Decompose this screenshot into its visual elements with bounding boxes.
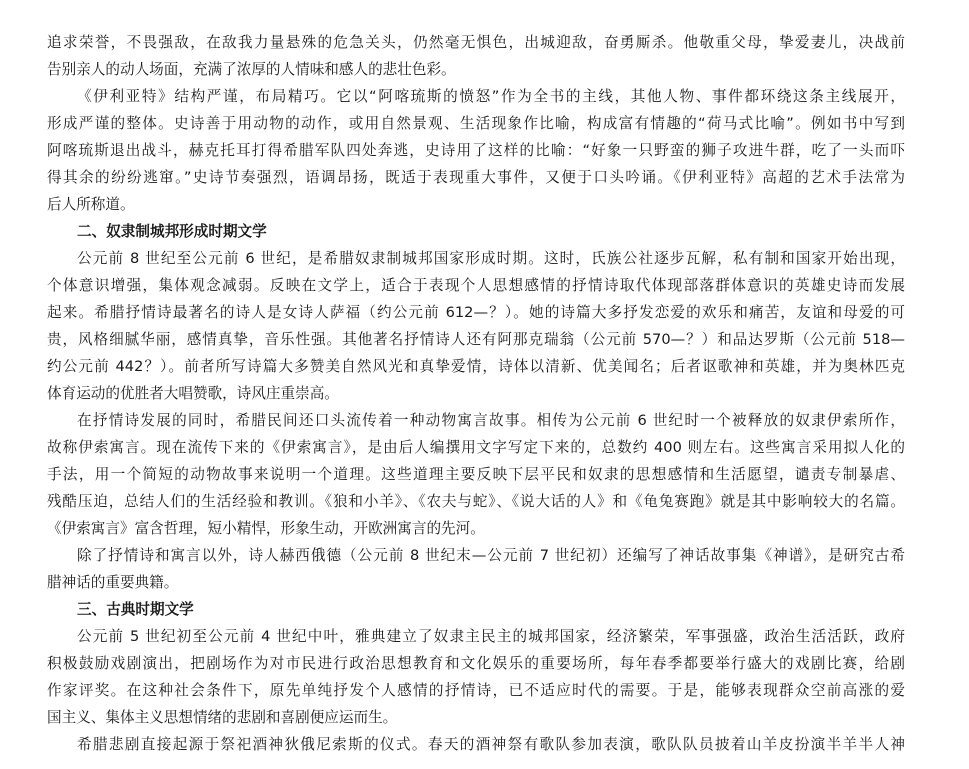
text-line: 追求荣誉，不畏强敌，在敌我力量悬殊的危急关头，仍然毫无惧色，出城迎敌，奋勇厮杀。… [47,29,905,56]
text-line: 希腊悲剧直接起源于祭祀酒神狄俄尼索斯的仪式。春天的酒神祭有歌队参加表演，歌队队员… [47,731,905,758]
text-line: 国主义、集体主义思想情绪的悲剧和喜剧便应运而生。 [47,704,905,731]
text-line: 作家评奖。在这种社会条件下，原先单纯抒发个人感情的抒情诗，已不适应时代的需要。于… [47,677,905,704]
text-line: 《伊索寓言》富含哲理，短小精悍，形象生动，开欧洲寓言的先河。 [47,515,905,542]
text-line: 形成严谨的整体。史诗善于用动物的动作，或用自然景观、生活现象作比喻，构成富有情趣… [47,110,905,137]
text-line: 公元前 8 世纪至公元前 6 世纪，是希腊奴隶制城邦国家形成时期。这时，氏族公社… [47,245,905,272]
text-line: 告别亲人的动人场面，充满了浓厚的人情味和感人的悲壮色彩。 [47,56,905,83]
text-line: 起来。希腊抒情诗最著名的诗人是女诗人萨福（约公元前 612—？）。她的诗篇大多抒… [47,299,905,326]
text-line: 除了抒情诗和寓言以外，诗人赫西俄德（公元前 8 世纪末—公元前 7 世纪初）还编… [47,542,905,569]
section-heading: 三、古典时期文学 [47,596,905,623]
text-line: 残酷压迫，总结人们的生活经验和教训。《狼和小羊》、《农夫与蛇》、《说大话的人》和… [47,488,905,515]
text-line: 在抒情诗发展的同时，希腊民间还口头流传着一种动物寓言故事。相传为公元前 6 世纪… [47,407,905,434]
text-line: 手法，用一个简短的动物故事来说明一个道理。这些道理主要反映下层平民和奴隶的思想感… [47,461,905,488]
text-line: 个体意识增强，集体观念减弱。反映在文学上，适合于表现个人思想感情的抒情诗取代体现… [47,272,905,299]
text-line: 得其余的纷纷逃窜。”史诗节奏强烈，语调昂扬，既适于表现重大事件，又便于口头吟诵。… [47,164,905,191]
text-line: 故称伊索寓言。现在流传下来的《伊索寓言》，是由后人编撰用文字写定下来的，总数约 … [47,434,905,461]
text-line: 后人所称道。 [47,191,905,218]
text-line: 《伊利亚特》结构严谨，布局精巧。它以“阿喀琉斯的愤怒”作为全书的主线，其他人物、… [47,83,905,110]
text-line: 腊神话的重要典籍。 [47,569,905,596]
text-line: 阿喀琉斯退出战斗，赫克托耳打得希腊军队四处奔逃，史诗用了这样的比喻：“好象一只野… [47,137,905,164]
section-heading: 二、奴隶制城邦形成时期文学 [47,218,905,245]
text-line: 公元前 5 世纪初至公元前 4 世纪中叶，雅典建立了奴隶主民主的城邦国家，经济繁… [47,623,905,650]
text-line: 贵，风格细腻华丽，感情真挚，音乐性强。其他著名抒情诗人还有阿那克瑞翁（公元前 5… [47,326,905,353]
text-line: 积极鼓励戏剧演出，把剧场作为对市民进行政治思想教育和文化娱乐的重要场所，每年春季… [47,650,905,677]
text-line: 约公元前 442？）。前者所写诗篇大多赞美自然风光和真挚爱情，诗体以清新、优美闻… [47,353,905,380]
text-line: 体育运动的优胜者大唱赞歌，诗风庄重崇高。 [47,380,905,407]
